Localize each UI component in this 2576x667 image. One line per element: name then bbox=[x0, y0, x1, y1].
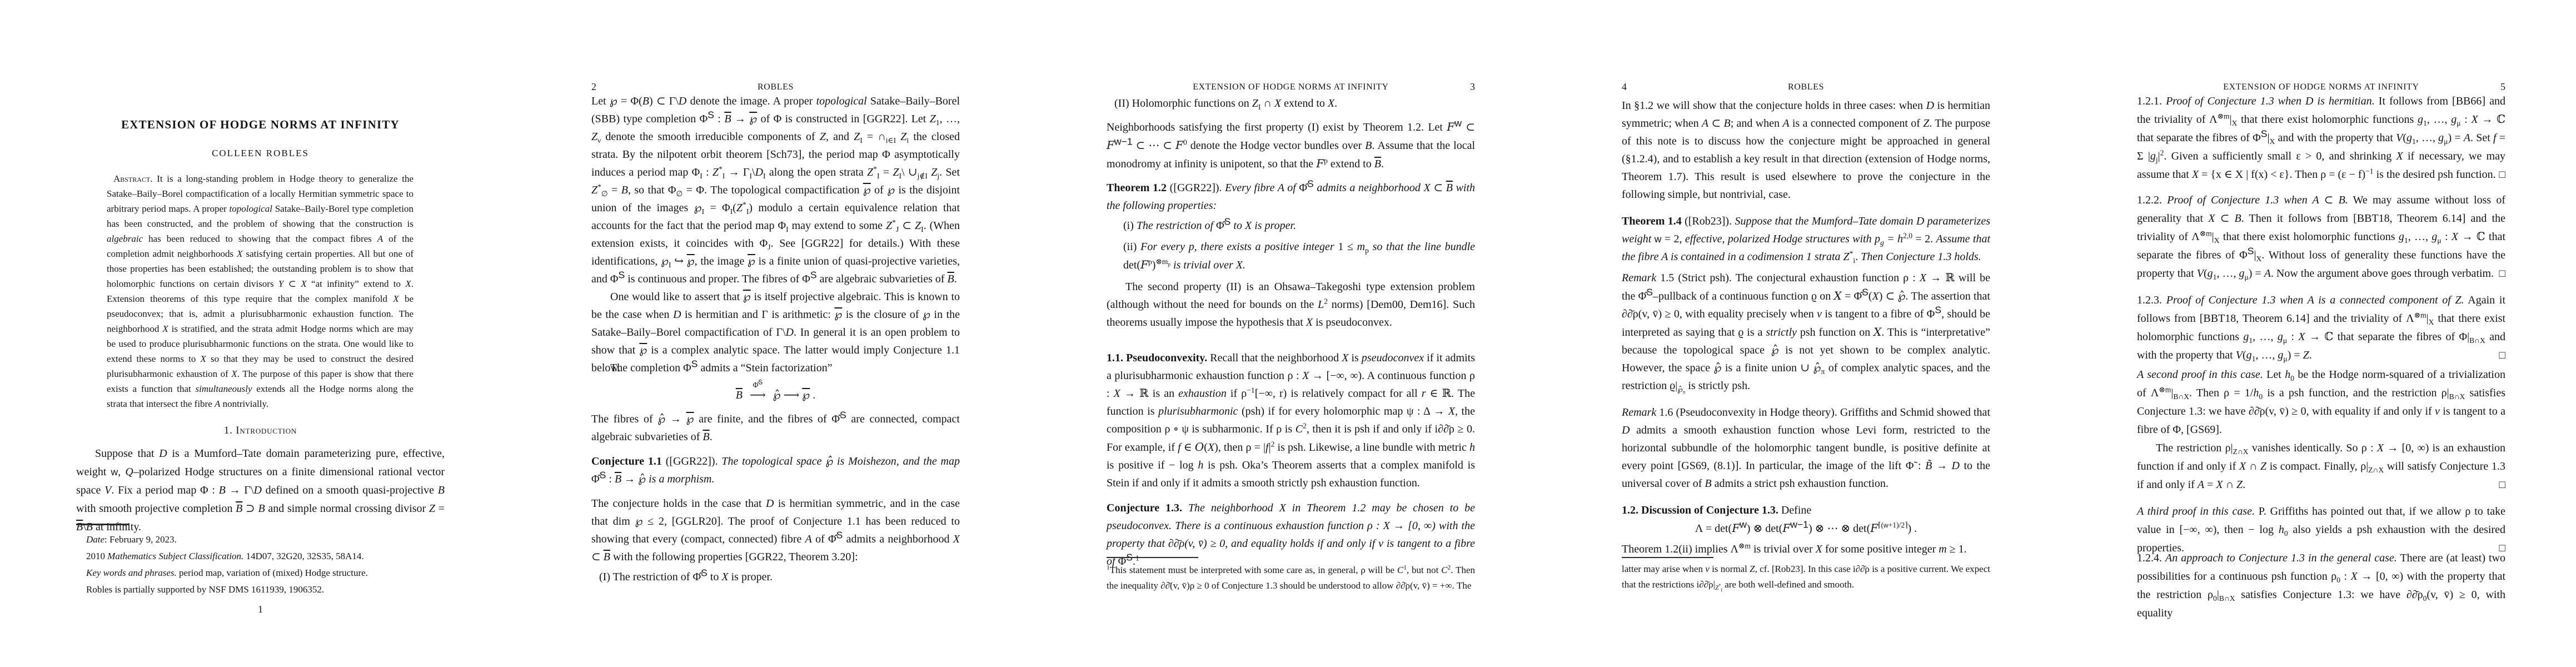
page-2-header: 2 ROBLES bbox=[591, 81, 960, 92]
footnote-block: Date: February 9, 2023. 2010 Mathematics… bbox=[76, 531, 445, 598]
list-item-II: (II) Holomorphic functions on ZI ∩ X ext… bbox=[1107, 94, 1475, 112]
stein-factorization-equation: B Φ̂S⟶ ℘̂ ⟶ ℘ . bbox=[591, 388, 960, 402]
abstract: Abstract. It is a long-standing problem … bbox=[107, 171, 413, 411]
footnote-msc: 2010 Mathematics Subject Classification.… bbox=[76, 548, 445, 565]
paragraph: In §1.2 we will show that the conjecture… bbox=[1622, 97, 1990, 203]
page-number-4: 4 bbox=[1622, 81, 1627, 93]
list-item-I: (I) The restriction of Φ̂S to X is prope… bbox=[591, 568, 960, 586]
page-4: 4 ROBLES In §1.2 we will show that the c… bbox=[1546, 0, 2061, 667]
page-5: EXTENSION OF HODGE NORMS AT INFINITY 5 1… bbox=[2061, 0, 2576, 667]
section-1-2-2-proof: 1.2.2. Proof of Conjecture 1.3 when A ⊂ … bbox=[2137, 191, 2505, 283]
paragraph: The second property (II) is an Ohsawa–Ta… bbox=[1107, 278, 1475, 331]
footnote-rule bbox=[76, 524, 129, 525]
paragraph: Let ℘ = Φ(B) ⊂ Γ\D denote the image. A p… bbox=[591, 92, 960, 288]
section-1-2-discussion: 1.2. Discussion of Conjecture 1.3. Defin… bbox=[1622, 501, 1990, 519]
paper-montage: { "colors": { "watermark_gray": "#8a8a8a… bbox=[0, 0, 2576, 667]
list-item-i: (i) The restriction of Φ̂S to X is prope… bbox=[1107, 217, 1475, 235]
paper-title: EXTENSION OF HODGE NORMS AT INFINITY bbox=[76, 118, 445, 132]
intro-paragraph-text: Suppose that D is a Mumford–Tate domain … bbox=[76, 445, 445, 536]
remark-1-5: Remark 1.5 (Strict psh). The conjectural… bbox=[1622, 269, 1990, 395]
paragraph: The conjecture holds in the case that D … bbox=[591, 495, 960, 566]
paragraph: Theorem 1.2(ii) implies Λ⊗m is trivial o… bbox=[1622, 540, 1990, 558]
footnote-support: Robles is partially supported by NSF DMS… bbox=[76, 581, 445, 598]
remark-1-6: Remark 1.6 (Pseudoconvexity in Hodge the… bbox=[1622, 404, 1990, 492]
page-3-header: EXTENSION OF HODGE NORMS AT INFINITY 3 bbox=[1107, 81, 1475, 92]
running-head: EXTENSION OF HODGE NORMS AT INFINITY bbox=[1193, 82, 1388, 92]
section-1-2-1-proof: 1.2.1. Proof of Conjecture 1.3 when D is… bbox=[2137, 92, 2505, 184]
page-5-header: EXTENSION OF HODGE NORMS AT INFINITY 5 bbox=[2137, 81, 2505, 92]
page-2: 2 ROBLES Let ℘ = Φ(B) ⊂ Γ\D denote the i… bbox=[515, 0, 1030, 667]
section-1-1-pseudoconvexity: 1.1. Pseudoconvexity. Recall that the ne… bbox=[1107, 349, 1475, 492]
running-head: ROBLES bbox=[1788, 82, 1824, 92]
footnote-rule bbox=[1107, 557, 1198, 558]
second-proof-paragraph: A second proof in this case. Let h0 be t… bbox=[2137, 366, 2505, 439]
conjecture-1-1: Conjecture 1.1 ([GGR22]). The topologica… bbox=[591, 452, 960, 488]
footnote-date: Date: February 9, 2023. bbox=[76, 531, 445, 548]
footnote-keywords: Key words and phrases. period map, varia… bbox=[76, 565, 445, 581]
running-head: EXTENSION OF HODGE NORMS AT INFINITY bbox=[2223, 82, 2419, 92]
second-proof-continuation: The restriction ρ|Z∩X vanishes identical… bbox=[2137, 439, 2505, 494]
author-name: COLLEEN ROBLES bbox=[76, 148, 445, 159]
paragraph: Neighborhoods satisfying the first prope… bbox=[1107, 118, 1475, 173]
intro-paragraph: Suppose that D is a Mumford–Tate domain … bbox=[76, 445, 445, 536]
lambda-equation: Λ = det(Fw) ⊗ det(Fw−1) ⊗ ⋯ ⊗ det(F⌈(w+1… bbox=[1622, 521, 1990, 535]
footnote-1: 1This statement must be interpreted with… bbox=[1107, 563, 1475, 594]
paragraph: The fibres of ℘̂ → ℘ are finite, and the… bbox=[591, 410, 960, 446]
theorem-1-2: Theorem 1.2 ([GGR22]). Every fibre A of … bbox=[1107, 179, 1475, 215]
running-head: ROBLES bbox=[758, 82, 794, 92]
section-1-2-3-proof: 1.2.3. Proof of Conjecture 1.3 when A is… bbox=[2137, 291, 2505, 365]
page-number-5: 5 bbox=[2500, 81, 2505, 93]
page-number-2: 2 bbox=[591, 81, 596, 93]
page-3: EXTENSION OF HODGE NORMS AT INFINITY 3 (… bbox=[1030, 0, 1546, 667]
section-heading-introduction: 1. Introduction bbox=[76, 425, 445, 437]
paragraph: The completion ΦS admits a “Stein factor… bbox=[591, 359, 960, 377]
page-1: EXTENSION OF HODGE NORMS AT INFINITY COL… bbox=[0, 0, 515, 667]
list-item-ii: (ii) For every p, there exists a positiv… bbox=[1107, 238, 1475, 274]
theorem-1-4: Theorem 1.4 ([Rob23]). Suppose that the … bbox=[1622, 212, 1990, 266]
footnote-continuation: latter may arise when v is normal Z, cf.… bbox=[1622, 561, 1990, 593]
conjecture-1-3: Conjecture 1.3. The neighborhood X in Th… bbox=[1107, 499, 1475, 570]
section-1-2-4-approach: 1.2.4. An approach to Conjecture 1.3 in … bbox=[2137, 549, 2505, 623]
page-number-1: 1 bbox=[76, 604, 445, 615]
page-number-3: 3 bbox=[1470, 81, 1475, 93]
page-4-header: 4 ROBLES bbox=[1622, 81, 1990, 92]
footnote-rule bbox=[1622, 557, 1713, 558]
